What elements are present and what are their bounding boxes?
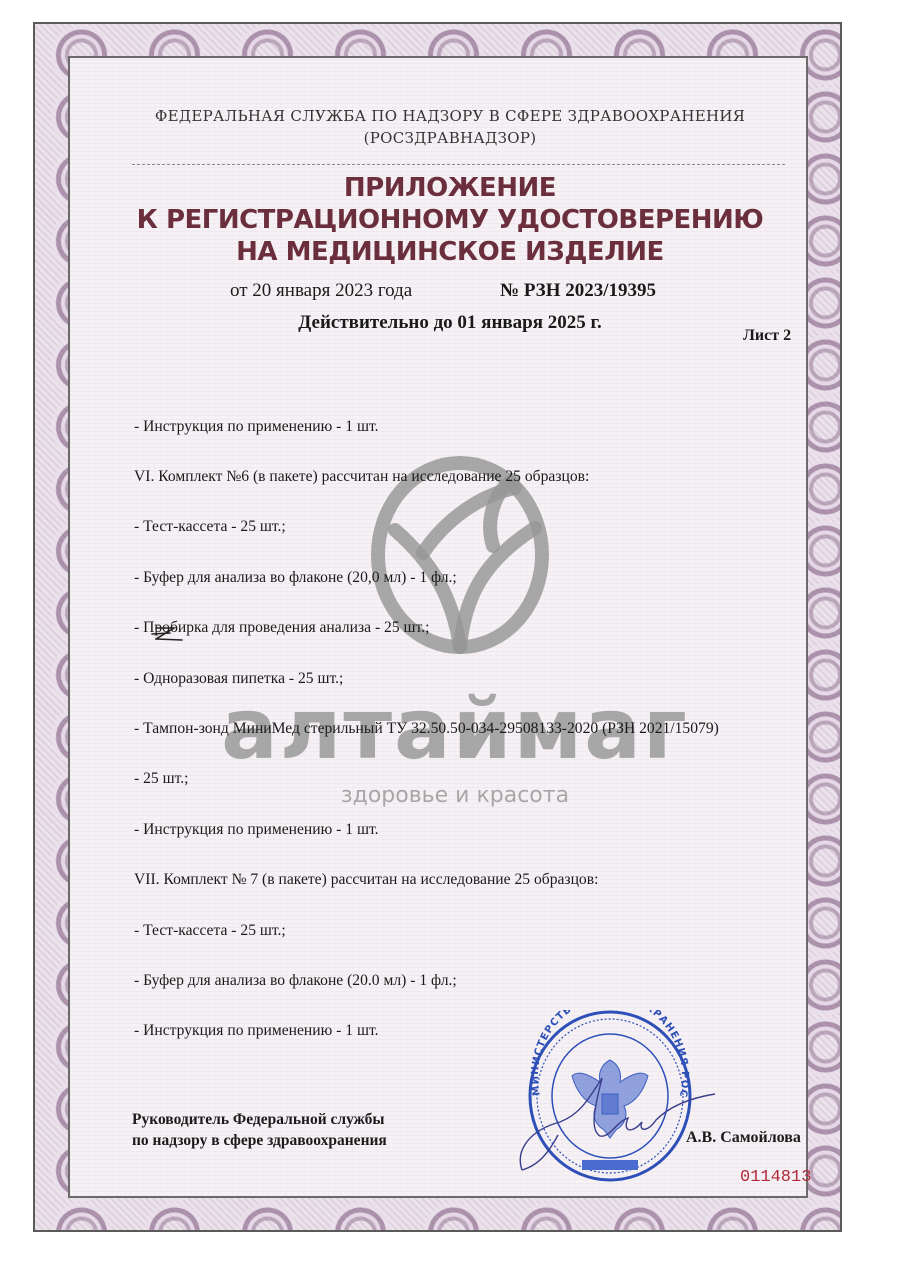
list-item: VI. Комплект №6 (в пакете) рассчитан на … bbox=[134, 469, 834, 486]
list-item: - Пробирка для проведения анализа - 25 ш… bbox=[134, 620, 834, 637]
list-item: - 25 шт.; bbox=[134, 771, 834, 788]
list-item: - Одноразовая пипетка - 25 шт.; bbox=[134, 671, 834, 688]
position-line-1: Руководитель Федеральной службы bbox=[132, 1109, 387, 1130]
header-divider bbox=[132, 164, 785, 165]
form-serial-number: 0114813 bbox=[740, 1168, 811, 1187]
agency-header: ФЕДЕРАЛЬНАЯ СЛУЖБА ПО НАДЗОРУ В СФЕРЕ ЗД… bbox=[0, 105, 900, 149]
position-line-2: по надзору в сфере здравоохранения bbox=[132, 1130, 387, 1151]
agency-abbreviation: (РОСЗДРАВНАДЗОР) bbox=[0, 127, 900, 149]
agency-name: ФЕДЕРАЛЬНАЯ СЛУЖБА ПО НАДЗОРУ В СФЕРЕ ЗД… bbox=[0, 105, 900, 127]
list-item: - Тампон-зонд МиниМед стерильный ТУ 32.5… bbox=[134, 721, 834, 738]
list-item: - Буфер для анализа во флаконе (20,0 мл)… bbox=[134, 570, 834, 587]
title-line-1: ПРИЛОЖЕНИЕ bbox=[0, 172, 900, 204]
list-item: - Инструкция по применению - 1 шт. bbox=[134, 1023, 834, 1040]
signatory-position: Руководитель Федеральной службы по надзо… bbox=[132, 1109, 387, 1151]
handwritten-initials-mark bbox=[148, 622, 188, 650]
registration-number: № РЗН 2023/19395 bbox=[500, 280, 656, 302]
issue-date: от 20 января 2023 года bbox=[230, 280, 412, 302]
list-item: - Инструкция по применению - 1 шт. bbox=[134, 822, 834, 839]
title-line-3: НА МЕДИЦИНСКОЕ ИЗДЕЛИЕ bbox=[0, 236, 900, 268]
list-item: - Тест-кассета - 25 шт.; bbox=[134, 923, 834, 940]
kit-contents-list: - Инструкция по применению - 1 шт. VI. К… bbox=[134, 385, 834, 1057]
official-seal-stamp-icon: МИНИСТЕРСТВО ЗДРАВООХРАНЕНИЯ РОССИЙСКОЙ … bbox=[510, 1010, 720, 1185]
list-item: VII. Комплект № 7 (в пакете) рассчитан н… bbox=[134, 872, 834, 889]
list-item: - Инструкция по применению - 1 шт. bbox=[134, 419, 834, 436]
list-item: - Тест-кассета - 25 шт.; bbox=[134, 519, 834, 536]
list-item: - Буфер для анализа во флаконе (20.0 мл)… bbox=[134, 973, 834, 990]
sheet-number: Лист 2 bbox=[743, 327, 791, 345]
title-line-2: К РЕГИСТРАЦИОННОМУ УДОСТОВЕРЕНИЮ bbox=[0, 204, 900, 236]
document-title: ПРИЛОЖЕНИЕ К РЕГИСТРАЦИОННОМУ УДОСТОВЕРЕ… bbox=[0, 172, 900, 268]
